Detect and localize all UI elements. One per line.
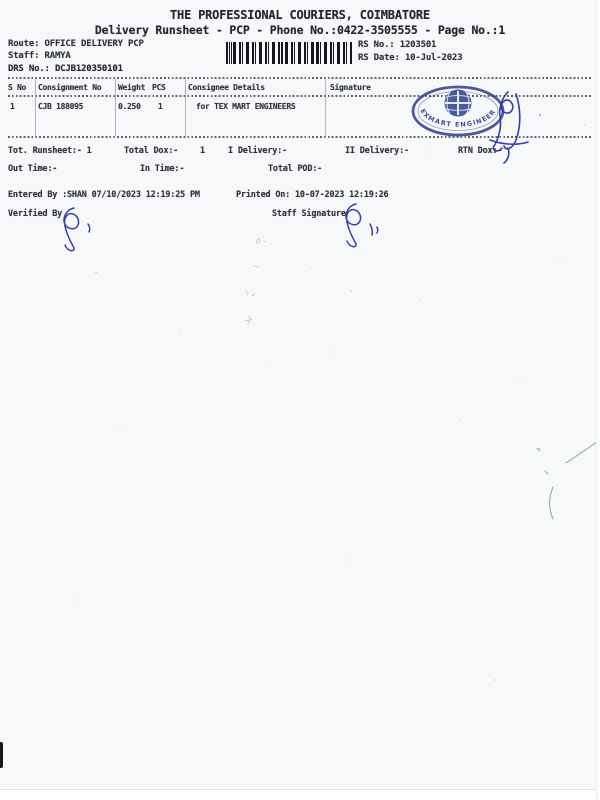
table-column-divider: [115, 79, 116, 136]
cell-consignment: CJB 188095: [38, 102, 83, 111]
col-header-weight: Weight: [118, 83, 145, 92]
scan-edge-mark: [0, 742, 3, 768]
cell-pcs: 1: [158, 102, 163, 111]
table-column-divider: [325, 79, 326, 136]
rtn-dox: RTN Dox:-: [458, 146, 502, 156]
cell-weight: 0.250: [118, 102, 141, 111]
staff-signature-label: Staff Signature: [272, 209, 346, 219]
col-header-consignment: Consignment No: [38, 83, 101, 92]
dotted-separator-top: [8, 77, 592, 79]
total-dox-value: 1: [200, 146, 205, 156]
total-dox-label: Total Dox:-: [124, 146, 178, 156]
drs-no-field: DRS No.: DCJB120350101: [8, 64, 123, 74]
out-time: Out Time:-: [8, 164, 57, 174]
ii-delivery: II Delivery:-: [345, 146, 409, 156]
dotted-separator-row: [8, 136, 592, 138]
runsheet-subtitle: Delivery Runsheet - PCP - Phone No.:0422…: [0, 23, 600, 37]
stamp-globe-icon: [445, 90, 472, 117]
staff-field: Staff: RAMYA: [8, 51, 71, 61]
page-right-edge: [596, 0, 600, 800]
staff-signature-ink: [328, 194, 388, 254]
page-bottom-edge: [0, 789, 600, 800]
dotted-separator-header: [8, 95, 592, 97]
i-delivery: I Delivery:-: [228, 146, 287, 156]
printed-on: Printed On: 10-07-2023 12:19:26: [236, 190, 388, 200]
cell-sno: 1: [10, 102, 15, 111]
table-column-divider: [185, 79, 186, 136]
entered-by: Entered By :SHAN 07/10/2023 12:19:25 PM: [8, 190, 200, 200]
runsheet-document: THE PROFESSIONAL COURIERS, COIMBATORE De…: [0, 0, 600, 800]
rs-date-field: RS Date: 10-Jul-2023: [358, 53, 462, 63]
tot-runsheet: Tot. Runsheet:- 1: [8, 146, 92, 156]
company-title: THE PROFESSIONAL COURIERS, COIMBATORE: [0, 8, 600, 22]
verified-by-label: Verified By: [8, 209, 62, 219]
col-header-consignee: Consignee Details: [188, 83, 265, 92]
col-header-pcs: PCS: [152, 83, 166, 92]
route-field: Route: OFFICE DELIVERY PCP: [8, 39, 144, 49]
consignee-stamp: TEXMART ENGINEERS: [408, 84, 508, 140]
col-header-sno: S No: [8, 83, 26, 92]
scan-artifacts: [0, 0, 600, 800]
stamp-text: TEXMART ENGINEERS: [408, 84, 498, 129]
table-column-divider: [35, 79, 36, 136]
rs-no-field: RS No.: 1203501: [358, 40, 436, 50]
in-time: In Time:-: [140, 164, 184, 174]
barcode-icon: [226, 42, 352, 64]
cell-consignee: for TEX MART ENGINEERS: [196, 102, 295, 111]
total-pod: Total POD:-: [268, 164, 322, 174]
col-header-signature: Signature: [330, 83, 371, 92]
